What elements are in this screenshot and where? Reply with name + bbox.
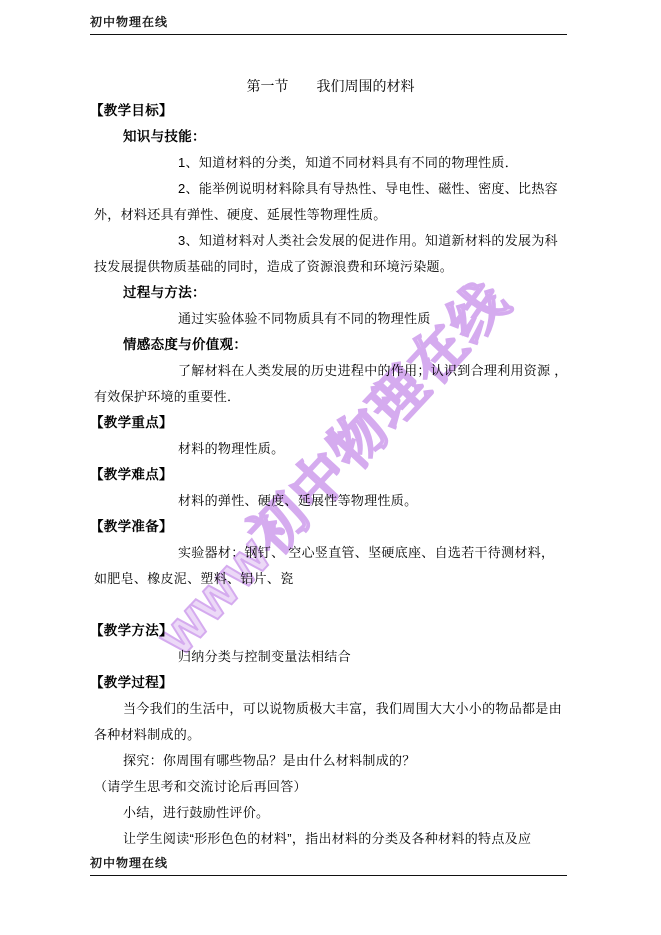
para-inquiry-question: 探究：你周围有哪些物品？是由什么材料制成的？ (90, 748, 571, 774)
para-preparation: 实验器材：钢钉、 空心竖直管、坚硬底座、自选若干待测材料， (90, 540, 571, 566)
heading-teaching-objectives: 【教学目标】 (90, 98, 571, 124)
subheading-process-methods: 过程与方法： (90, 280, 571, 306)
para-objective-2-cont: 外，材料还具有弹性、硬度、延展性等物理性质。 (90, 202, 571, 228)
para-emotion-values-cont: 有效保护环境的重要性． (90, 384, 571, 410)
para-objective-2: 2、能举例说明材料除具有导热性、导电性、磁性、密度、比热容 (90, 176, 571, 202)
document-body: 第一节 我们周围的材料 【教学目标】 知识与技能： 1、知道材料的分类，知道不同… (90, 74, 571, 852)
page-title: 第一节 我们周围的材料 (90, 74, 571, 98)
para-teaching-difficulty: 材料的弹性、硬度、延展性等物理性质。 (90, 488, 571, 514)
spacer-line (90, 592, 571, 618)
para-summary-evaluation: 小结，进行鼓励性评价。 (90, 800, 571, 826)
para-reading-task: 让学生阅读“形形色色的材料”，指出材料的分类及各种材料的特点及应 (90, 826, 571, 852)
para-preparation-cont: 如肥皂、橡皮泥、塑料、铝片、瓷 (90, 566, 571, 592)
para-student-discussion: （请学生思考和交流讨论后再回答） (90, 774, 571, 800)
page-footer: 初中物理在线 (90, 854, 567, 876)
heading-teaching-difficulty: 【教学难点】 (90, 462, 571, 488)
header-site-name: 初中物理在线 (90, 15, 168, 29)
page-header: 初中物理在线 (90, 13, 567, 35)
para-teaching-method: 归纳分类与控制变量法相结合 (90, 644, 571, 670)
para-process-intro: 当今我们的生活中，可以说物质极大丰富，我们周围大大小小的物品都是由 (90, 696, 571, 722)
heading-teaching-method: 【教学方法】 (90, 618, 571, 644)
para-emotion-values: 了解材料在人类发展的历史进程中的作用；认识到合理利用资源 ， (90, 358, 571, 384)
para-objective-3: 3、知道材料对人类社会发展的促进作用。知道新材料的发展为科 (90, 228, 571, 254)
subheading-knowledge-skills: 知识与技能： (90, 124, 571, 150)
para-teaching-focus: 材料的物理性质。 (90, 436, 571, 462)
para-process-methods: 通过实验体验不同物质具有不同的物理性质 (90, 306, 571, 332)
footer-site-name: 初中物理在线 (90, 856, 168, 870)
heading-teaching-preparation: 【教学准备】 (90, 514, 571, 540)
para-process-intro-cont: 各种材料制成的。 (90, 722, 571, 748)
heading-teaching-focus: 【教学重点】 (90, 410, 571, 436)
document-page: { "header": { "site": "初中物理在线" }, "foote… (0, 0, 661, 935)
para-objective-1: 1、知道材料的分类，知道不同材料具有不同的物理性质． (90, 150, 571, 176)
heading-teaching-process: 【教学过程】 (90, 670, 571, 696)
subheading-emotion-attitude-values: 情感态度与价值观： (90, 332, 571, 358)
para-objective-3-cont: 技发展提供物质基础的同时，造成了资源浪费和环境污染题。 (90, 254, 571, 280)
